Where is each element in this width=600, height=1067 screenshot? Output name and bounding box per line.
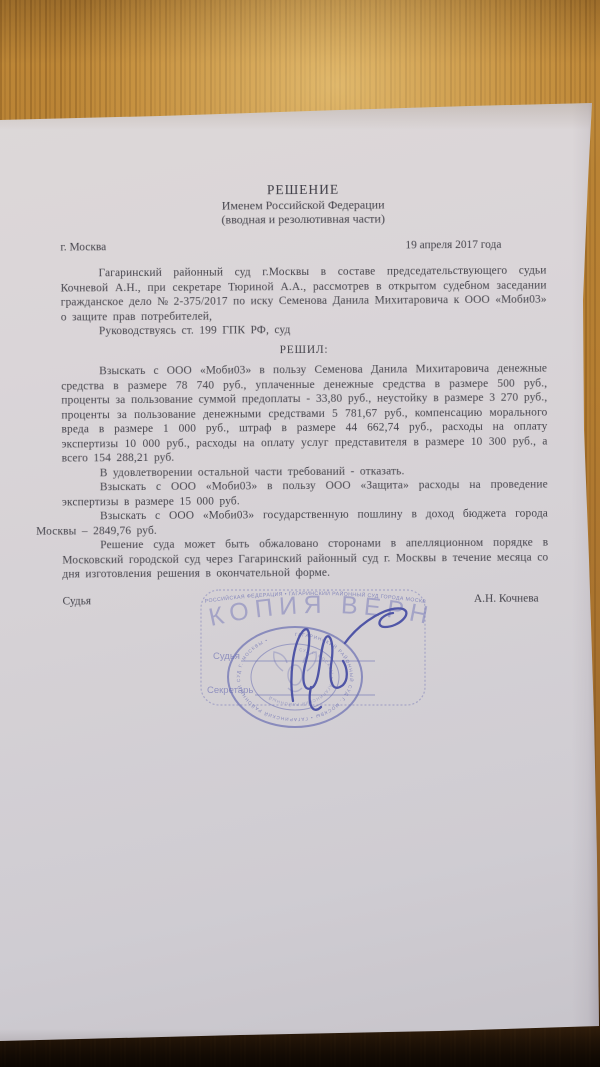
guided-by-line: Руководствуясь ст. 199 ГПК РФ, суд (61, 322, 547, 339)
city-date-row: г. Москва 19 апреля 2017 года (60, 237, 546, 254)
intro-paragraph: Гагаринский районный суд г.Москвы в сост… (61, 264, 547, 325)
date-label: 19 апреля 2017 года (405, 237, 546, 252)
operative-paragraph-expertise: Взыскать с ООО «Моби03» в пользу ООО «За… (62, 478, 548, 510)
seal-emblem-icon (274, 652, 317, 692)
operative-paragraph-award: Взыскать с ООО «Моби03» в пользу Семенов… (61, 362, 548, 466)
judge-name: А.Н. Кочнева (474, 591, 549, 606)
round-court-seal: ГАГАРИНСКИЙ РАЙОННЫЙ СУД Г. МОСКВЫ • ГАГ… (228, 627, 362, 727)
resolved-heading: РЕШИЛ: (61, 341, 547, 358)
judge-label: Судья (63, 594, 92, 609)
document-subtitle-note: (вводная и резолютивная части) (60, 211, 546, 228)
appeal-paragraph: Решение суда может быть обжаловано сторо… (62, 536, 548, 582)
document-paper: РЕШЕНИЕ Именем Российской Федерации (вво… (0, 0, 600, 1067)
photo-scene: РЕШЕНИЕ Именем Российской Федерации (вво… (0, 0, 600, 1067)
operative-paragraph-duty: Взыскать с ООО «Моби03» государственную … (36, 507, 548, 539)
seal-inner-text: • СУД Г. МОСКВЫ • ГАГАРИНСКИЙ РАЙОННЫЙ (267, 647, 335, 707)
city-label: г. Москва (60, 240, 106, 255)
court-decision-document: РЕШЕНИЕ Именем Российской Федерации (вво… (60, 182, 549, 609)
court-stamp-graphic: РОССИЙСКАЯ ФЕДЕРАЦИЯ • ГАГАРИНСКИЙ РАЙОН… (193, 581, 435, 767)
court-stamp: РОССИЙСКАЯ ФЕДЕРАЦИЯ • ГАГАРИНСКИЙ РАЙОН… (193, 581, 435, 767)
